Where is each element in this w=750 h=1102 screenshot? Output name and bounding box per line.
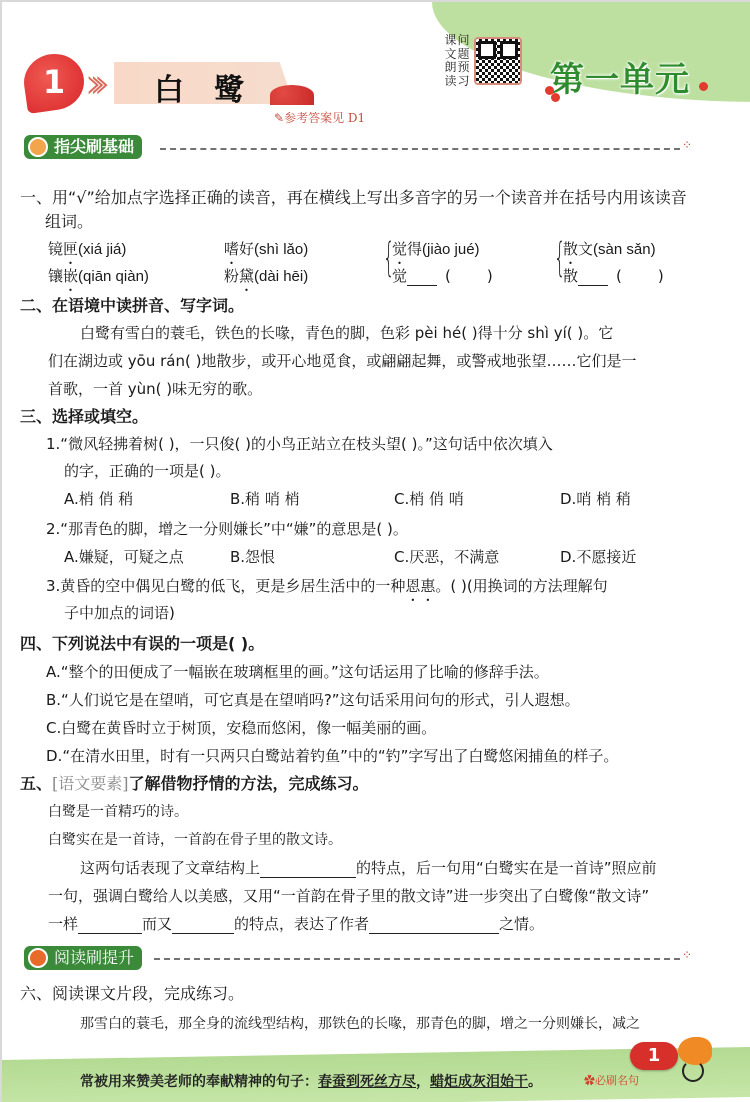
lesson-title: 白鹭 [154, 65, 274, 109]
q2-line: 白鹭有雪白的蓑毛，铁色的长喙，青色的脚，色彩 pèi hé( )得十分 shì … [80, 323, 613, 343]
qr-label: 课问 文题 朗预 读习 [444, 34, 472, 88]
q5-line: 一句，强调白鹭给人以美感，又用“一首韵在骨子里的散文诗”进一步突出了白鹭像“散文… [48, 886, 649, 906]
q1-title-cont: 组词。 [45, 212, 93, 232]
cloud-decoration-icon [270, 85, 314, 105]
dashed-divider [154, 958, 680, 960]
page-number: 1 [630, 1042, 678, 1070]
q5-quote: 白鹭实在是一首诗，一首韵在骨子里的散文诗。 [48, 830, 342, 850]
tag-chinese-element: [语文要素] [52, 774, 129, 793]
q1-item: 嗜好(shì lǎo) [224, 239, 308, 260]
footer-brand: ✿必刷名句 [584, 1072, 639, 1088]
q1-item: 粉黛(dài hēi) [224, 266, 308, 287]
qr-code[interactable] [474, 37, 522, 85]
answer-blank[interactable] [578, 270, 608, 286]
q3-s2-option-c[interactable]: C.厌恶，不满意 [394, 547, 499, 567]
flower-icon [699, 82, 708, 91]
q3-s1-option-b[interactable]: B.稍 哨 梢 [230, 489, 300, 509]
q1-item: 散文(sàn sǎn) [563, 239, 656, 260]
q4-option-a[interactable]: A.“整个的田便成了一幅嵌在玻璃框里的画。”这句话运用了比喻的修辞手法。 [46, 662, 549, 682]
q3-title: 三、选择或填空。 [20, 407, 148, 427]
wheel-icon [682, 1060, 704, 1082]
answer-blank[interactable] [260, 862, 356, 878]
q3-s3-line: 子中加点的词语) [64, 603, 175, 623]
section-badge-basics: 指尖刷基础 [24, 135, 142, 159]
q3-s2-line: 2.“那青色的脚，增之一分则嫌长”中“嫌”的意思是( )。 [46, 519, 408, 539]
q3-s2-option-a[interactable]: A.嫌疑，可疑之点 [64, 547, 184, 567]
workbook-page: 第一单元 1 ››› 白鹭 ✎参考答案见 D1 课问 文题 朗预 读习 指尖刷基… [0, 0, 750, 1102]
answer-blank[interactable] [172, 918, 234, 934]
q1-item: 觉得(jiào jué) [392, 239, 480, 260]
q2-line: 们在湖边或 yōu rán( )地散步，或开心地觅食，或翩翩起舞，或警戒地张望…… [48, 351, 636, 371]
q3-s1-line: 的字，正确的一项是( )。 [64, 461, 230, 481]
q1-item: 镶嵌(qiān qiàn) [48, 266, 149, 287]
q1-fill-jue: 觉() [392, 266, 493, 286]
lesson-number-badge: 1 [20, 50, 87, 114]
q4-option-c[interactable]: C.白鹭在黄昏时立于树顶，安稳而悠闲，像一幅美丽的画。 [46, 718, 436, 738]
q1-fill-san: 散() [563, 266, 664, 286]
unit-title: 第一单元 [550, 52, 690, 101]
q3-s3-line: 3.黄昏的空中偶见白鹭的低飞，更是乡居生活中的一种恩惠。( )(用换词的方法理解… [46, 576, 608, 596]
answer-reference: ✎参考答案见 D1 [274, 109, 365, 126]
answer-blank[interactable] [407, 270, 437, 286]
mascot-icon [28, 948, 48, 968]
q3-s1-option-a[interactable]: A.梢 俏 稍 [64, 489, 133, 509]
section-badge-reading: 阅读刷提升 [24, 946, 142, 970]
q6-title: 六、阅读课文片段，完成练习。 [20, 984, 244, 1004]
leaf-decoration-icon: ⁘ [682, 138, 692, 152]
q1-title: 一、用“√”给加点字选择正确的读音，再在横线上写出多音字的另一个读音并在括号内用… [20, 188, 687, 208]
mascot-icon [28, 137, 48, 157]
q3-s2-option-d[interactable]: D.不愿接近 [560, 547, 636, 567]
q4-option-b[interactable]: B.“人们说它是在望哨，可它真是在望哨吗?”这句话采用问句的形式，引人遐想。 [46, 690, 580, 710]
q5-line: 一样而又的特点，表达了作者之情。 [48, 914, 544, 934]
q4-option-d[interactable]: D.“在清水田里，时有一只两只白鹭站着钓鱼”中的“钓”字写出了白鹭悠闲捕鱼的样子… [46, 746, 618, 766]
q5-line: 这两句话表现了文章结构上的特点，后一句用“白鹭实在是一首诗”照应前 [80, 858, 657, 878]
leaf-decoration-icon: ⁘ [682, 948, 692, 962]
q2-title: 二、在语境中读拼音、写字词。 [20, 296, 244, 316]
answer-blank[interactable] [78, 918, 142, 934]
answer-blank[interactable] [369, 918, 499, 934]
q5-title: 五、[语文要素]了解借物抒情的方法，完成练习。 [20, 774, 369, 794]
dashed-divider [160, 148, 680, 150]
q2-line: 首歌，一首 yùn( )味无穷的歌。 [48, 379, 262, 399]
q3-s1-option-c[interactable]: C.梢 俏 哨 [394, 489, 464, 509]
q5-quote: 白鹭是一首精巧的诗。 [48, 802, 188, 822]
q6-passage: 那雪白的蓑毛，那全身的流线型结构，那铁色的长喙，那青色的脚，增之一分则嫌长，减之 [80, 1014, 640, 1034]
q4-title: 四、下列说法中有误的一项是( )。 [20, 634, 264, 654]
q3-s2-option-b[interactable]: B.怨恨 [230, 547, 275, 567]
q3-s1-option-d[interactable]: D.哨 梢 稍 [560, 489, 631, 509]
flower-icon [551, 93, 560, 102]
q1-item: 镜匣(xiá jiá) [48, 239, 126, 260]
footer-quote: 常被用来赞美老师的奉献精神的句子：春蚕到死丝方尽，蜡炬成灰泪始干。 [80, 1071, 542, 1091]
q3-s1-line: 1.“微风轻拂着树( )，一只俊( )的小鸟正站立在枝头望( )。”这句话中依次… [46, 434, 553, 454]
